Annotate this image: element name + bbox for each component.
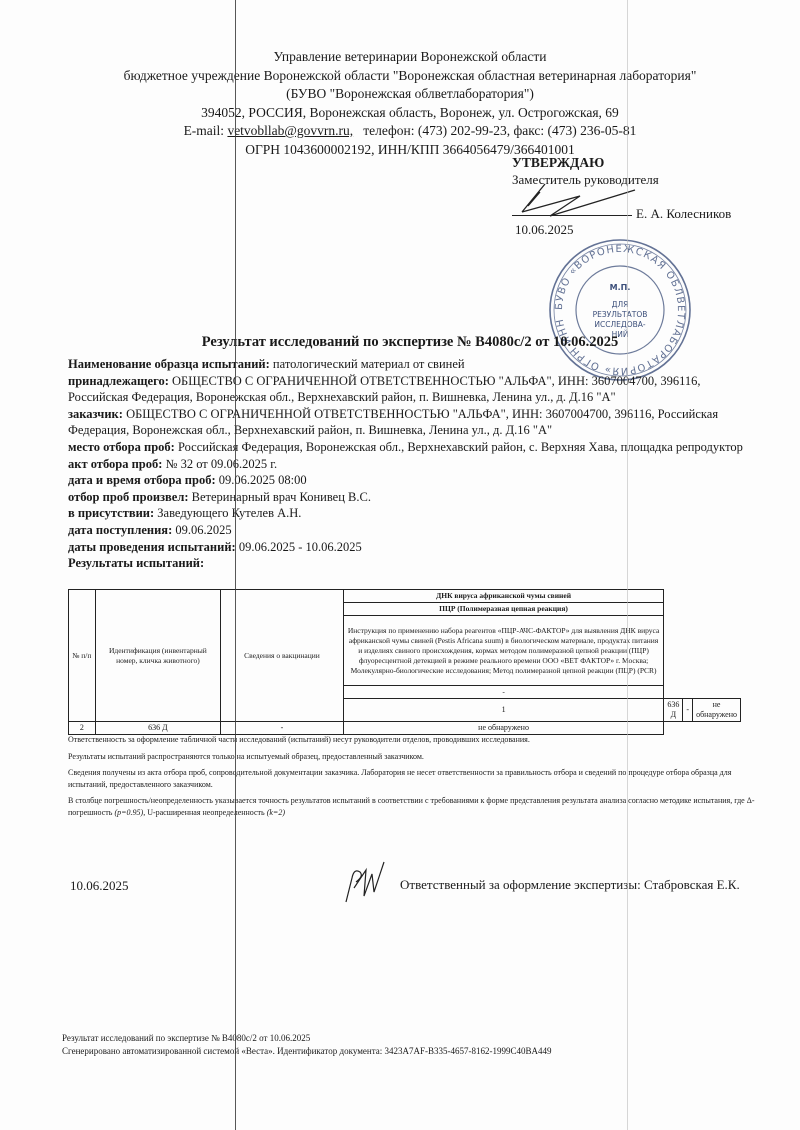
sample-info: Наименование образца испытаний: патологи… (68, 356, 748, 572)
scan-artifact-line (235, 0, 236, 1130)
email-link[interactable]: vetvobllab@govvrn.ru, (227, 123, 353, 138)
header-org-short: (БУВО "Воронежская облветлаборатория") (60, 85, 760, 104)
phone-fax: телефон: (473) 202-99-23, факс: (473) 23… (363, 123, 636, 138)
field-sampling-place: место отбора проб: Российская Федерация,… (68, 439, 748, 456)
field-in-presence: в присутствии: Заведующего Кутелев А.Н. (68, 505, 748, 522)
row-num: 2 (69, 722, 96, 735)
scan-artifact-line (627, 0, 628, 1130)
header-org-name: бюджетное учреждение Воронежской области… (60, 67, 760, 86)
row-result: не обнаружено (343, 722, 664, 735)
note-scope: Результаты испытаний распространяются то… (68, 751, 758, 763)
field-received-date: дата поступления: 09.06.2025 (68, 522, 748, 539)
svg-text:РЕЗУЛЬТАТОВ: РЕЗУЛЬТАТОВ (593, 310, 648, 319)
org-header: Управление ветеринарии Воронежской облас… (60, 48, 760, 159)
field-sampled-by: отбор проб произвел: Ветеринарный врач К… (68, 489, 748, 506)
header-num: № п/п (69, 590, 96, 722)
notes-block: Ответственность за оформление табличной … (68, 734, 758, 823)
header-method: ПЦР (Полимеразная цепная реакция) (343, 603, 664, 616)
signature-icon (510, 178, 640, 218)
svg-text:ДЛЯ: ДЛЯ (612, 300, 629, 309)
row-num: 1 (343, 699, 664, 722)
header-vaccination: Сведения о вакцинации (221, 590, 344, 722)
field-sample-name: Наименование образца испытаний: патологи… (68, 356, 748, 373)
results-table: № п/п Идентификация (инвентарный номер, … (68, 589, 741, 735)
document-meta: Результат исследований по экспертизе № В… (62, 1032, 552, 1058)
row-vaccination: - (221, 722, 344, 735)
header-method-doc: Инструкция по применению набора реагенто… (343, 616, 664, 686)
results-heading: Результаты испытаний: (68, 555, 748, 572)
header-analyte: ДНК вируса африканской чумы свиней (343, 590, 664, 603)
meta-generated: Сгенерировано автоматизированной системо… (62, 1045, 552, 1058)
field-test-dates: даты проведения испытаний: 09.06.2025 - … (68, 539, 748, 556)
field-owner: принадлежащего: ОБЩЕСТВО С ОГРАНИЧЕННОЙ … (68, 373, 748, 406)
footer-responsible: Ответственный за оформление экспертизы: … (400, 877, 740, 893)
document-title: Результат исследований по экспертизе № В… (60, 334, 760, 351)
note-source: Сведения получены из акта отбора проб, с… (68, 767, 758, 790)
row-result: не обнаружено (693, 699, 741, 722)
table-header-row: № п/п Идентификация (инвентарный номер, … (69, 590, 741, 603)
header-contacts: E-mail: vetvobllab@govvrn.ru, телефон: (… (60, 122, 760, 141)
approver-name: Е. А. Колесников (636, 206, 731, 222)
note-responsibility: Ответственность за оформление табличной … (68, 734, 758, 746)
signature-line (512, 215, 632, 216)
signature-icon (338, 858, 388, 908)
field-sampling-datetime: дата и время отбора проб: 09.06.2025 08:… (68, 472, 748, 489)
row-vaccination: - (683, 699, 693, 722)
field-customer: заказчик: ОБЩЕСТВО С ОГРАНИЧЕННОЙ ОТВЕТС… (68, 406, 748, 439)
header-ministry: Управление ветеринарии Воронежской облас… (60, 48, 760, 67)
header-identification: Идентификация (инвентарный номер, кличка… (95, 590, 220, 722)
email-label: E-mail: (184, 123, 225, 138)
document-page: Управление ветеринарии Воронежской облас… (0, 0, 800, 1130)
header-units: - (343, 686, 664, 699)
row-id: 636 Д (95, 722, 220, 735)
meta-title: Результат исследований по экспертизе № В… (62, 1032, 552, 1045)
approval-title: УТВЕРЖДАЮ (512, 154, 772, 171)
svg-text:ИССЛЕДОВА-: ИССЛЕДОВА- (594, 320, 646, 329)
note-uncertainty: В столбце погрешность/неопределенность у… (68, 795, 758, 818)
header-address: 394052, РОССИЯ, Воронежская область, Вор… (60, 104, 760, 123)
row-id: 636 Д (664, 699, 683, 722)
table-row: 2 636 Д - не обнаружено (69, 722, 741, 735)
field-sampling-act: акт отбора проб: № 32 от 09.06.2025 г. (68, 456, 748, 473)
footer-date: 10.06.2025 (70, 878, 129, 894)
